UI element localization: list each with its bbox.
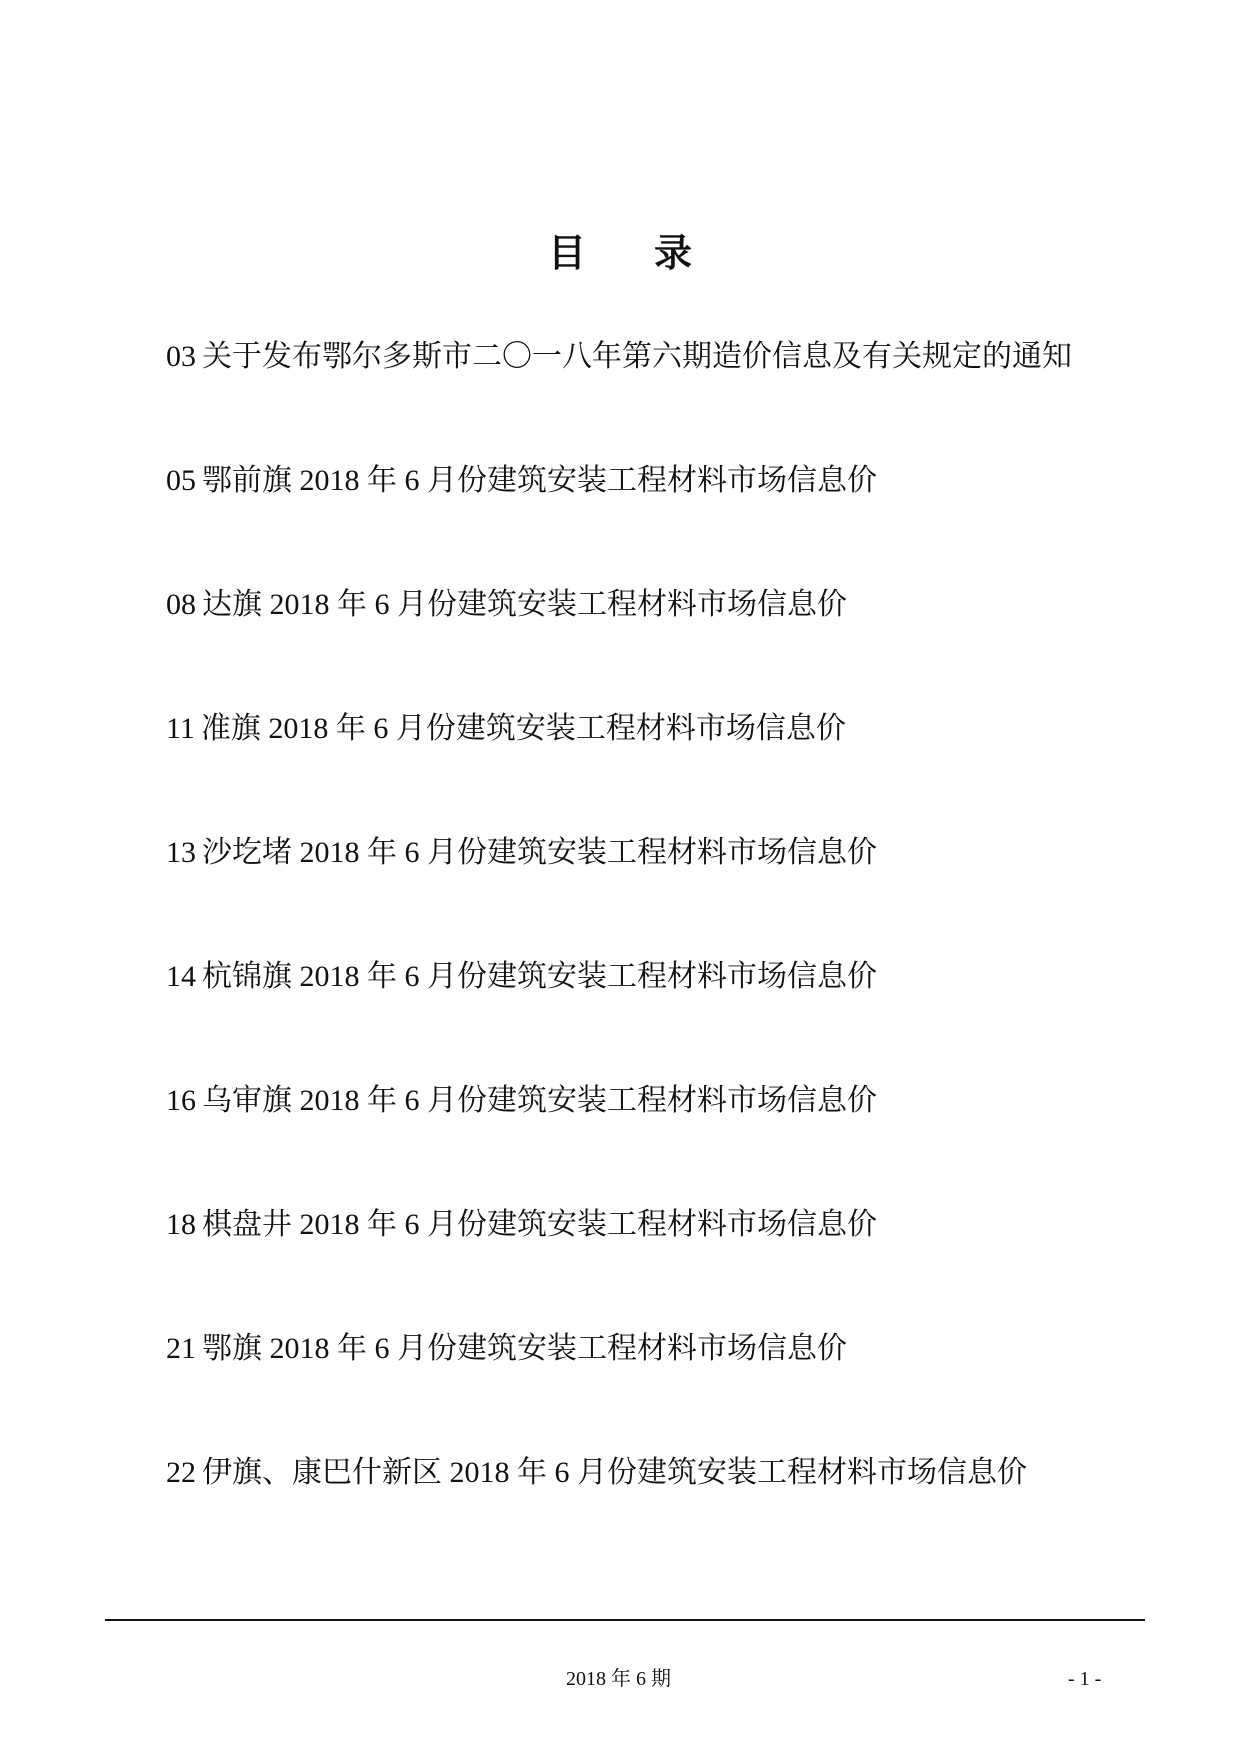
toc-entry[interactable]: 11准旗 2018 年 6 月份建筑安装工程材料市场信息价 — [166, 711, 846, 747]
toc-entry[interactable]: 21鄂旗 2018 年 6 月份建筑安装工程材料市场信息价 — [166, 1331, 847, 1367]
toc-page-number: 03 — [166, 340, 196, 373]
toc-entry[interactable]: 13沙圪堵 2018 年 6 月份建筑安装工程材料市场信息价 — [166, 835, 877, 871]
footer-divider — [105, 1619, 1145, 1621]
page-title: 目录 — [0, 222, 1240, 277]
title-char-1: 目 — [548, 233, 586, 275]
toc-page-number: 18 — [166, 1208, 196, 1241]
footer-issue-label: 2018 年 6 期 — [566, 1666, 671, 1692]
toc-entry-title: 杭锦旗 2018 年 6 月份建筑安装工程材料市场信息价 — [202, 960, 877, 993]
toc-entry-title: 沙圪堵 2018 年 6 月份建筑安装工程材料市场信息价 — [202, 836, 877, 869]
toc-entry[interactable]: 05鄂前旗 2018 年 6 月份建筑安装工程材料市场信息价 — [166, 463, 877, 499]
toc-page-number: 22 — [166, 1456, 196, 1489]
toc-entry[interactable]: 22伊旗、康巴什新区 2018 年 6 月份建筑安装工程材料市场信息价 — [166, 1455, 1027, 1491]
toc-entry-title: 关于发布鄂尔多斯市二〇一八年第六期造价信息及有关规定的通知 — [202, 340, 1072, 373]
toc-entry-title: 乌审旗 2018 年 6 月份建筑安装工程材料市场信息价 — [202, 1084, 877, 1117]
toc-entry-title: 伊旗、康巴什新区 2018 年 6 月份建筑安装工程材料市场信息价 — [202, 1456, 1027, 1489]
toc-entry[interactable]: 18棋盘井 2018 年 6 月份建筑安装工程材料市场信息价 — [166, 1207, 877, 1243]
toc-entry[interactable]: 08达旗 2018 年 6 月份建筑安装工程材料市场信息价 — [166, 587, 847, 623]
toc-entry[interactable]: 14杭锦旗 2018 年 6 月份建筑安装工程材料市场信息价 — [166, 959, 877, 995]
toc-entry-title: 达旗 2018 年 6 月份建筑安装工程材料市场信息价 — [202, 588, 847, 621]
toc-entry-title: 鄂前旗 2018 年 6 月份建筑安装工程材料市场信息价 — [202, 464, 877, 497]
toc-entry-title: 鄂旗 2018 年 6 月份建筑安装工程材料市场信息价 — [202, 1332, 847, 1365]
title-char-2: 录 — [654, 233, 692, 275]
toc-entry[interactable]: 16乌审旗 2018 年 6 月份建筑安装工程材料市场信息价 — [166, 1083, 877, 1119]
toc-entry-title: 棋盘井 2018 年 6 月份建筑安装工程材料市场信息价 — [202, 1208, 877, 1241]
toc-entry-title: 准旗 2018 年 6 月份建筑安装工程材料市场信息价 — [201, 712, 846, 745]
toc-page-number: 08 — [166, 588, 196, 621]
toc-page-number: 21 — [166, 1332, 196, 1365]
toc-page-number: 11 — [166, 712, 195, 745]
toc-page-number: 05 — [166, 464, 196, 497]
toc-page-number: 16 — [166, 1084, 196, 1117]
footer-page-number: - 1 - — [1068, 1666, 1101, 1692]
toc-entry[interactable]: 03关于发布鄂尔多斯市二〇一八年第六期造价信息及有关规定的通知 — [166, 339, 1072, 375]
toc-page-number: 13 — [166, 836, 196, 869]
toc-page-number: 14 — [166, 960, 196, 993]
